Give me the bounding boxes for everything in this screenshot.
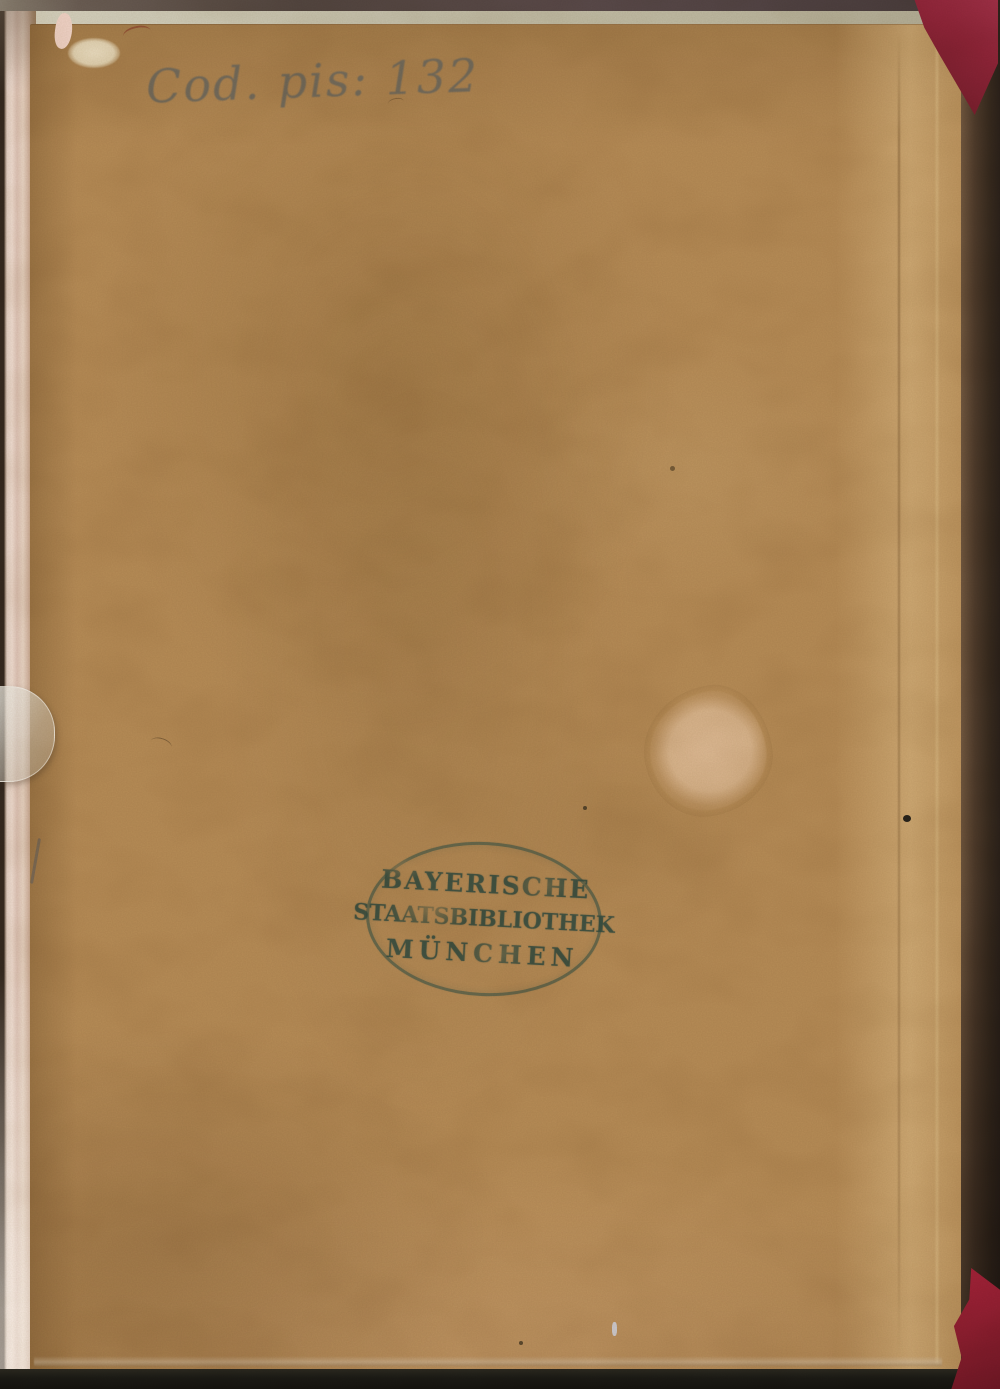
ink-speck [583,806,587,810]
binding-edge-right [961,0,1000,1389]
paper-abrasion-top-left [68,38,120,68]
ink-speck [670,466,675,471]
underlying-page-edge-line [936,28,938,1364]
white-fleck [612,1322,617,1336]
stamp-line-1: BAYERISCHE [381,865,592,905]
book-top-edge-shadow [0,0,1000,11]
stamp-line-2: STAATSBIBLIOTHEK [353,899,616,939]
flyleaf-page [30,24,967,1373]
book-scan-photo: Cod. pis: 132 BAYERISCHE STAATSBIBLIOTHE… [0,0,1000,1389]
page-crease-line [898,34,900,1360]
stamp-line-3: MÜNCHEN [385,934,579,973]
ink-speck [519,1341,523,1345]
handwritten-shelfmark: Cod. pis: 132 [145,52,480,110]
page-bottom-edge-highlight [34,1356,942,1366]
ink-speck [903,815,911,822]
book-bottom-edge-shadow [0,1369,1000,1389]
